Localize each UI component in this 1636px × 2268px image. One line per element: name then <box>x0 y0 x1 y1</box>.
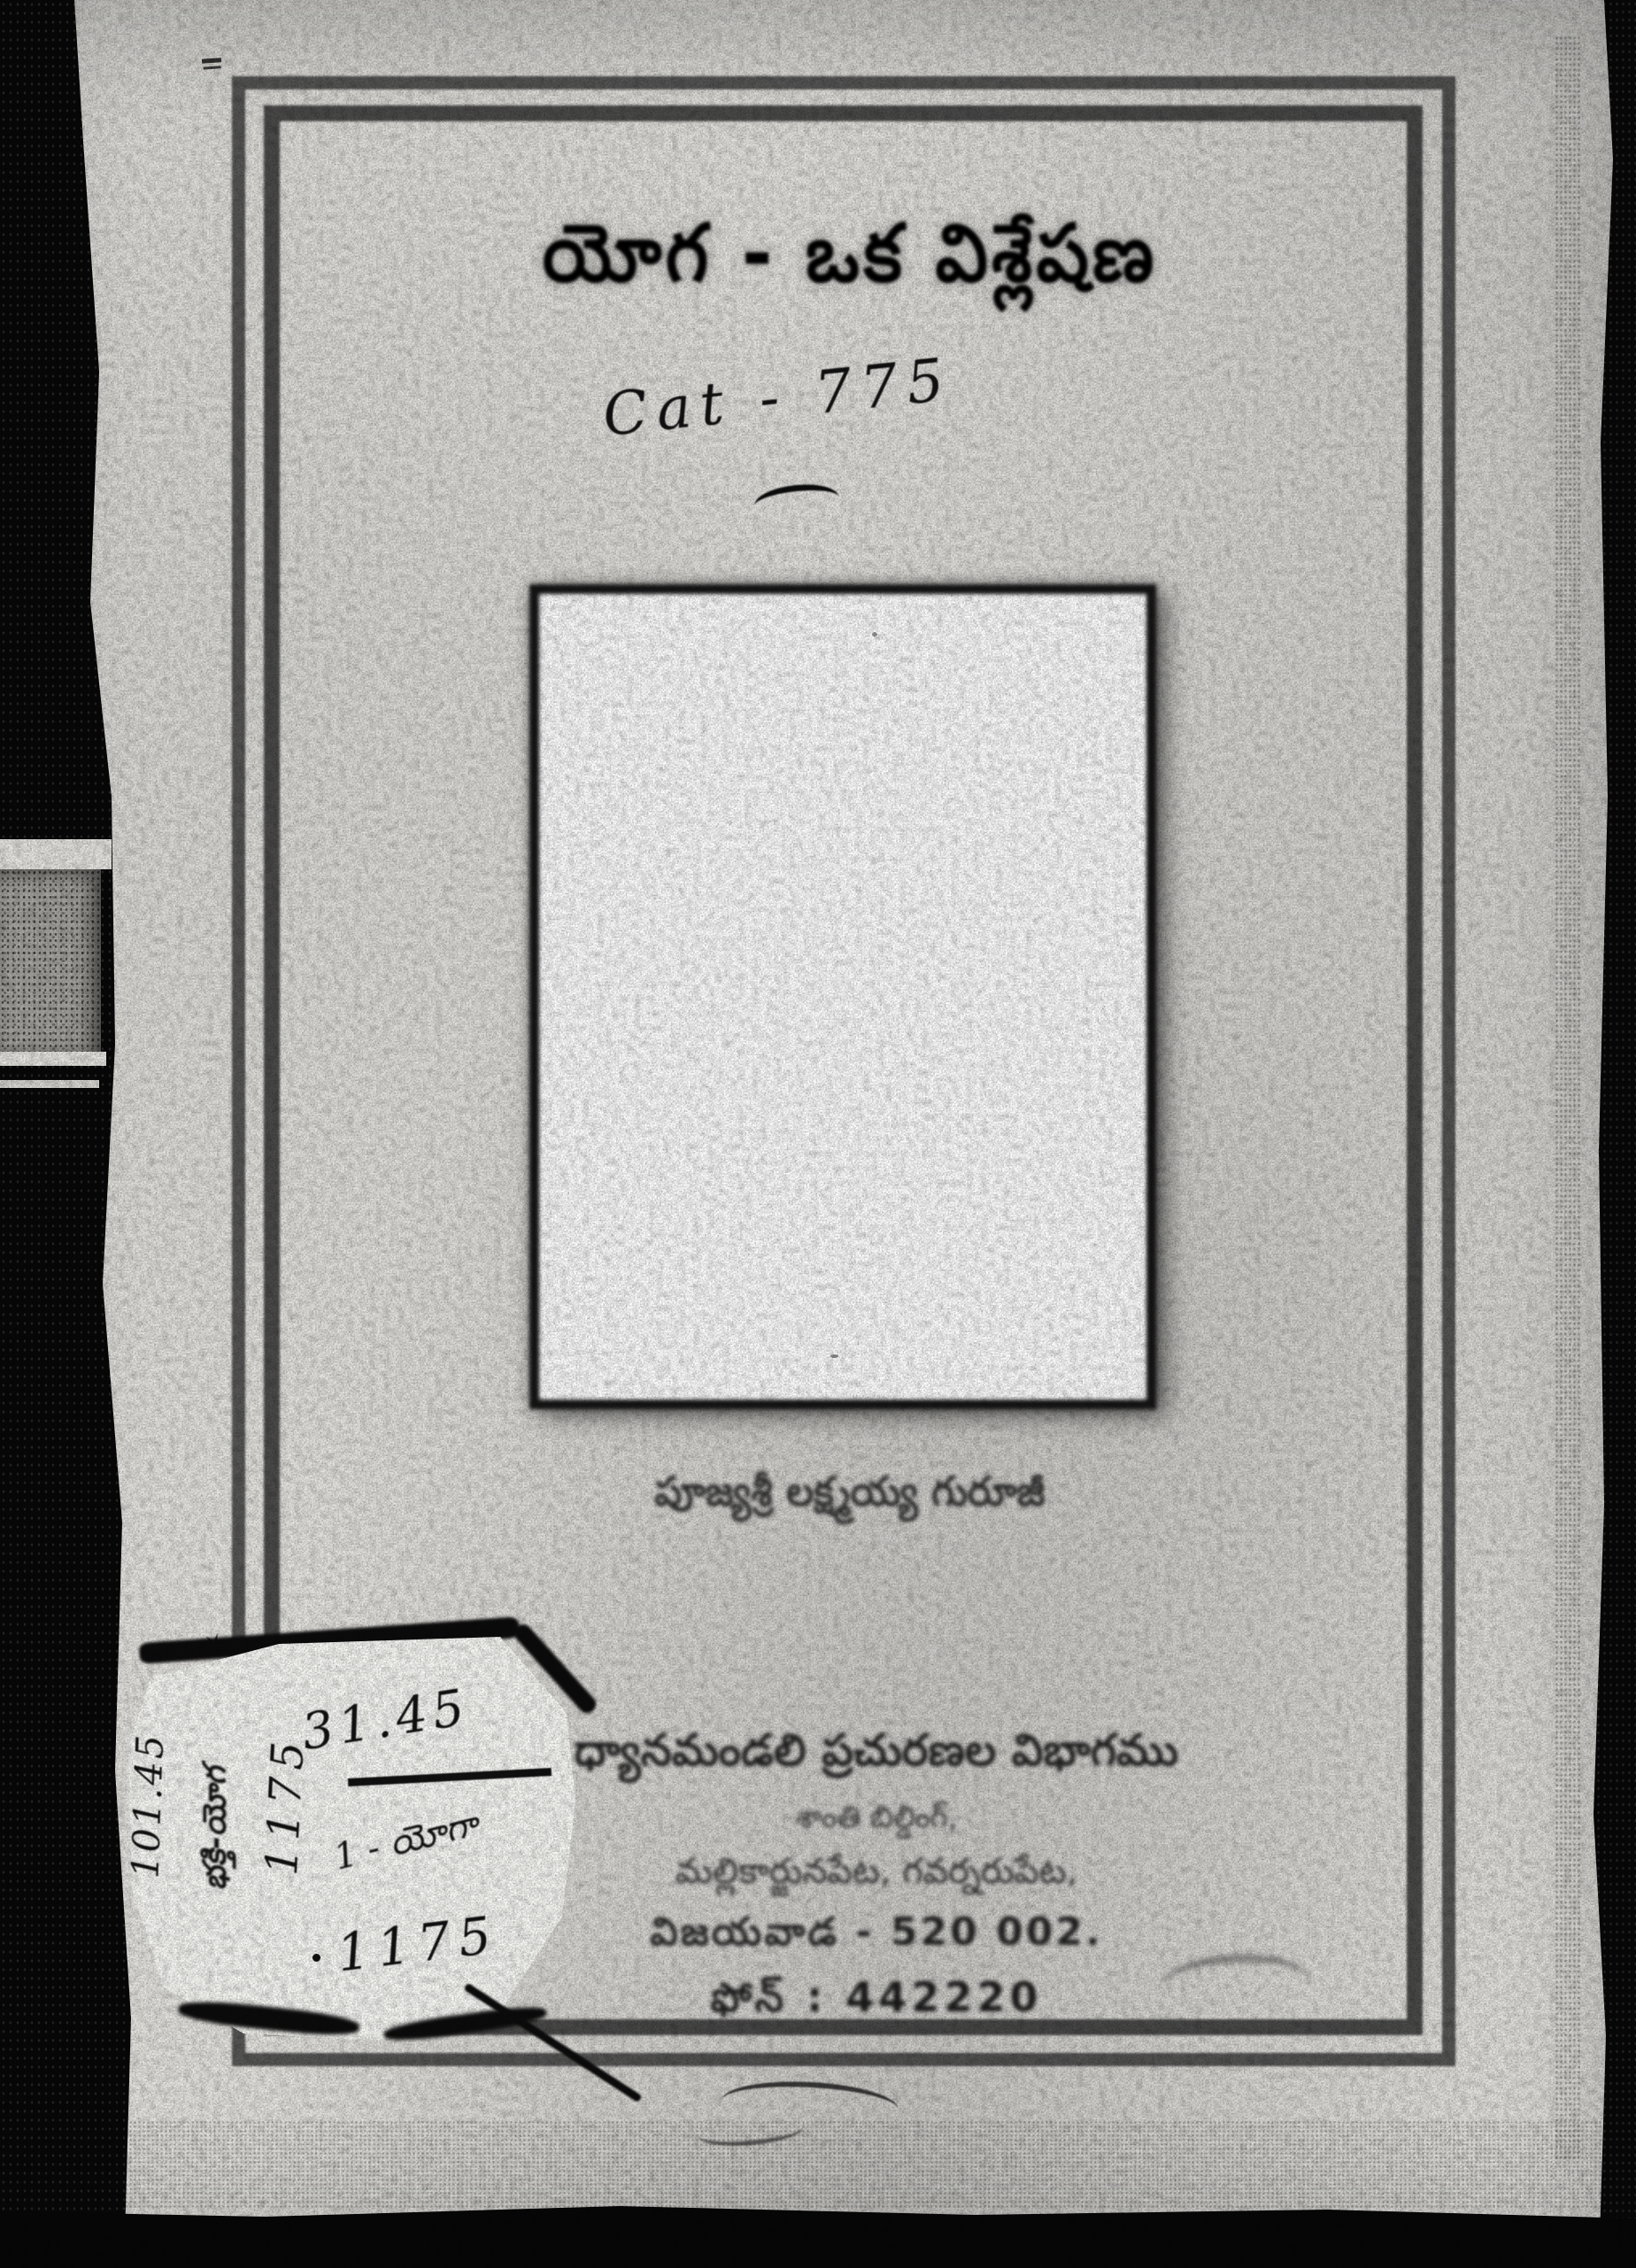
ink-dot <box>313 1954 320 1962</box>
scanned-book-cover: యోగ - ఒక విశ్లేషణ Cat - 775 పూజ్యశ్రీ లక… <box>0 0 1636 2268</box>
publisher-block: ధ్యానమండలి ప్రచురణల విభాగము శాంతి బిల్డి… <box>496 1724 1257 2032</box>
sticker-side-subject: భక్తి-యోగ <box>197 1696 242 1962</box>
author-line: పూజ్యశ్రీ లక్ష్మయ్య గురూజీ <box>522 1468 1177 1525</box>
page-edge-shadow <box>1555 35 1581 2160</box>
spine-label-block <box>0 869 101 1052</box>
publisher-street: మల్లికార్జునపేట, గవర్నరుపేట, <box>496 1851 1257 1901</box>
publisher-city-pincode: విజయవాడ - 520 002. <box>496 1909 1257 1964</box>
spine-gap <box>0 1052 106 1066</box>
sticker-side-class-number: 101.45 <box>122 1699 173 1913</box>
spine-gap <box>0 839 112 869</box>
bottom-shadow-band <box>0 2120 1636 2209</box>
spine-gap <box>0 1080 99 1088</box>
plate-speck <box>830 1354 838 1358</box>
publisher-phone: ఫోన్ : 442220 <box>496 1973 1257 2032</box>
publisher-building: శాంతి బిల్డింగ్, <box>496 1800 1257 1842</box>
publisher-name: ధ్యానమండలి ప్రచురణల విభాగము <box>496 1724 1257 1787</box>
blank-pasted-plate <box>529 584 1156 1409</box>
book-title: యోగ - ఒక విశ్లేషణ <box>451 206 1248 320</box>
library-sticker: ✶ 101.45 భక్తి-యోగ 1175 31.45 1 - యోగా 1… <box>120 1624 602 2054</box>
plate-speck <box>872 632 877 636</box>
